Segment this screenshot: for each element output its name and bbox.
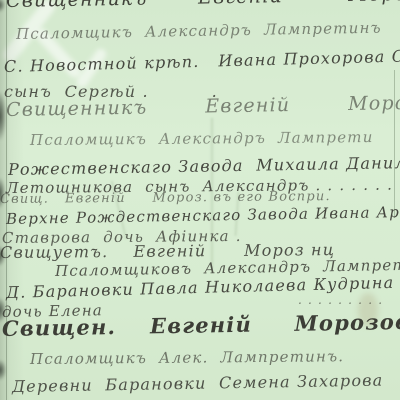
handwritten-line: С. Новостной крѣп. Ивана Прохорова Степи… xyxy=(4,46,400,76)
handwritten-line: Рожественскаго Завода Михаила Данилова xyxy=(8,153,400,178)
manuscript-page: Свищенникъ Евгеній Морозовъ,Псаломщикъ А… xyxy=(0,0,400,400)
handwriting-layer: Свищенникъ Евгеній Морозовъ,Псаломщикъ А… xyxy=(0,0,400,400)
handwritten-line: Псаломщикъ Алек. Лампретинъ. xyxy=(30,348,344,367)
handwritten-line: Свищен. Евгеній Морозовъ xyxy=(2,310,400,340)
handwritten-line: Псаломщикъ Александръ Лампрети xyxy=(30,129,374,148)
handwritten-line: . . . . . . . . . xyxy=(298,294,383,307)
handwritten-line: Свищенникъ Евгеній Морозовъ, xyxy=(6,0,400,12)
handwritten-line: Деревни Барановки Семена Захарова xyxy=(12,372,384,396)
handwritten-line: Псаломщикъ Александръ Лампретинъ xyxy=(16,20,382,43)
